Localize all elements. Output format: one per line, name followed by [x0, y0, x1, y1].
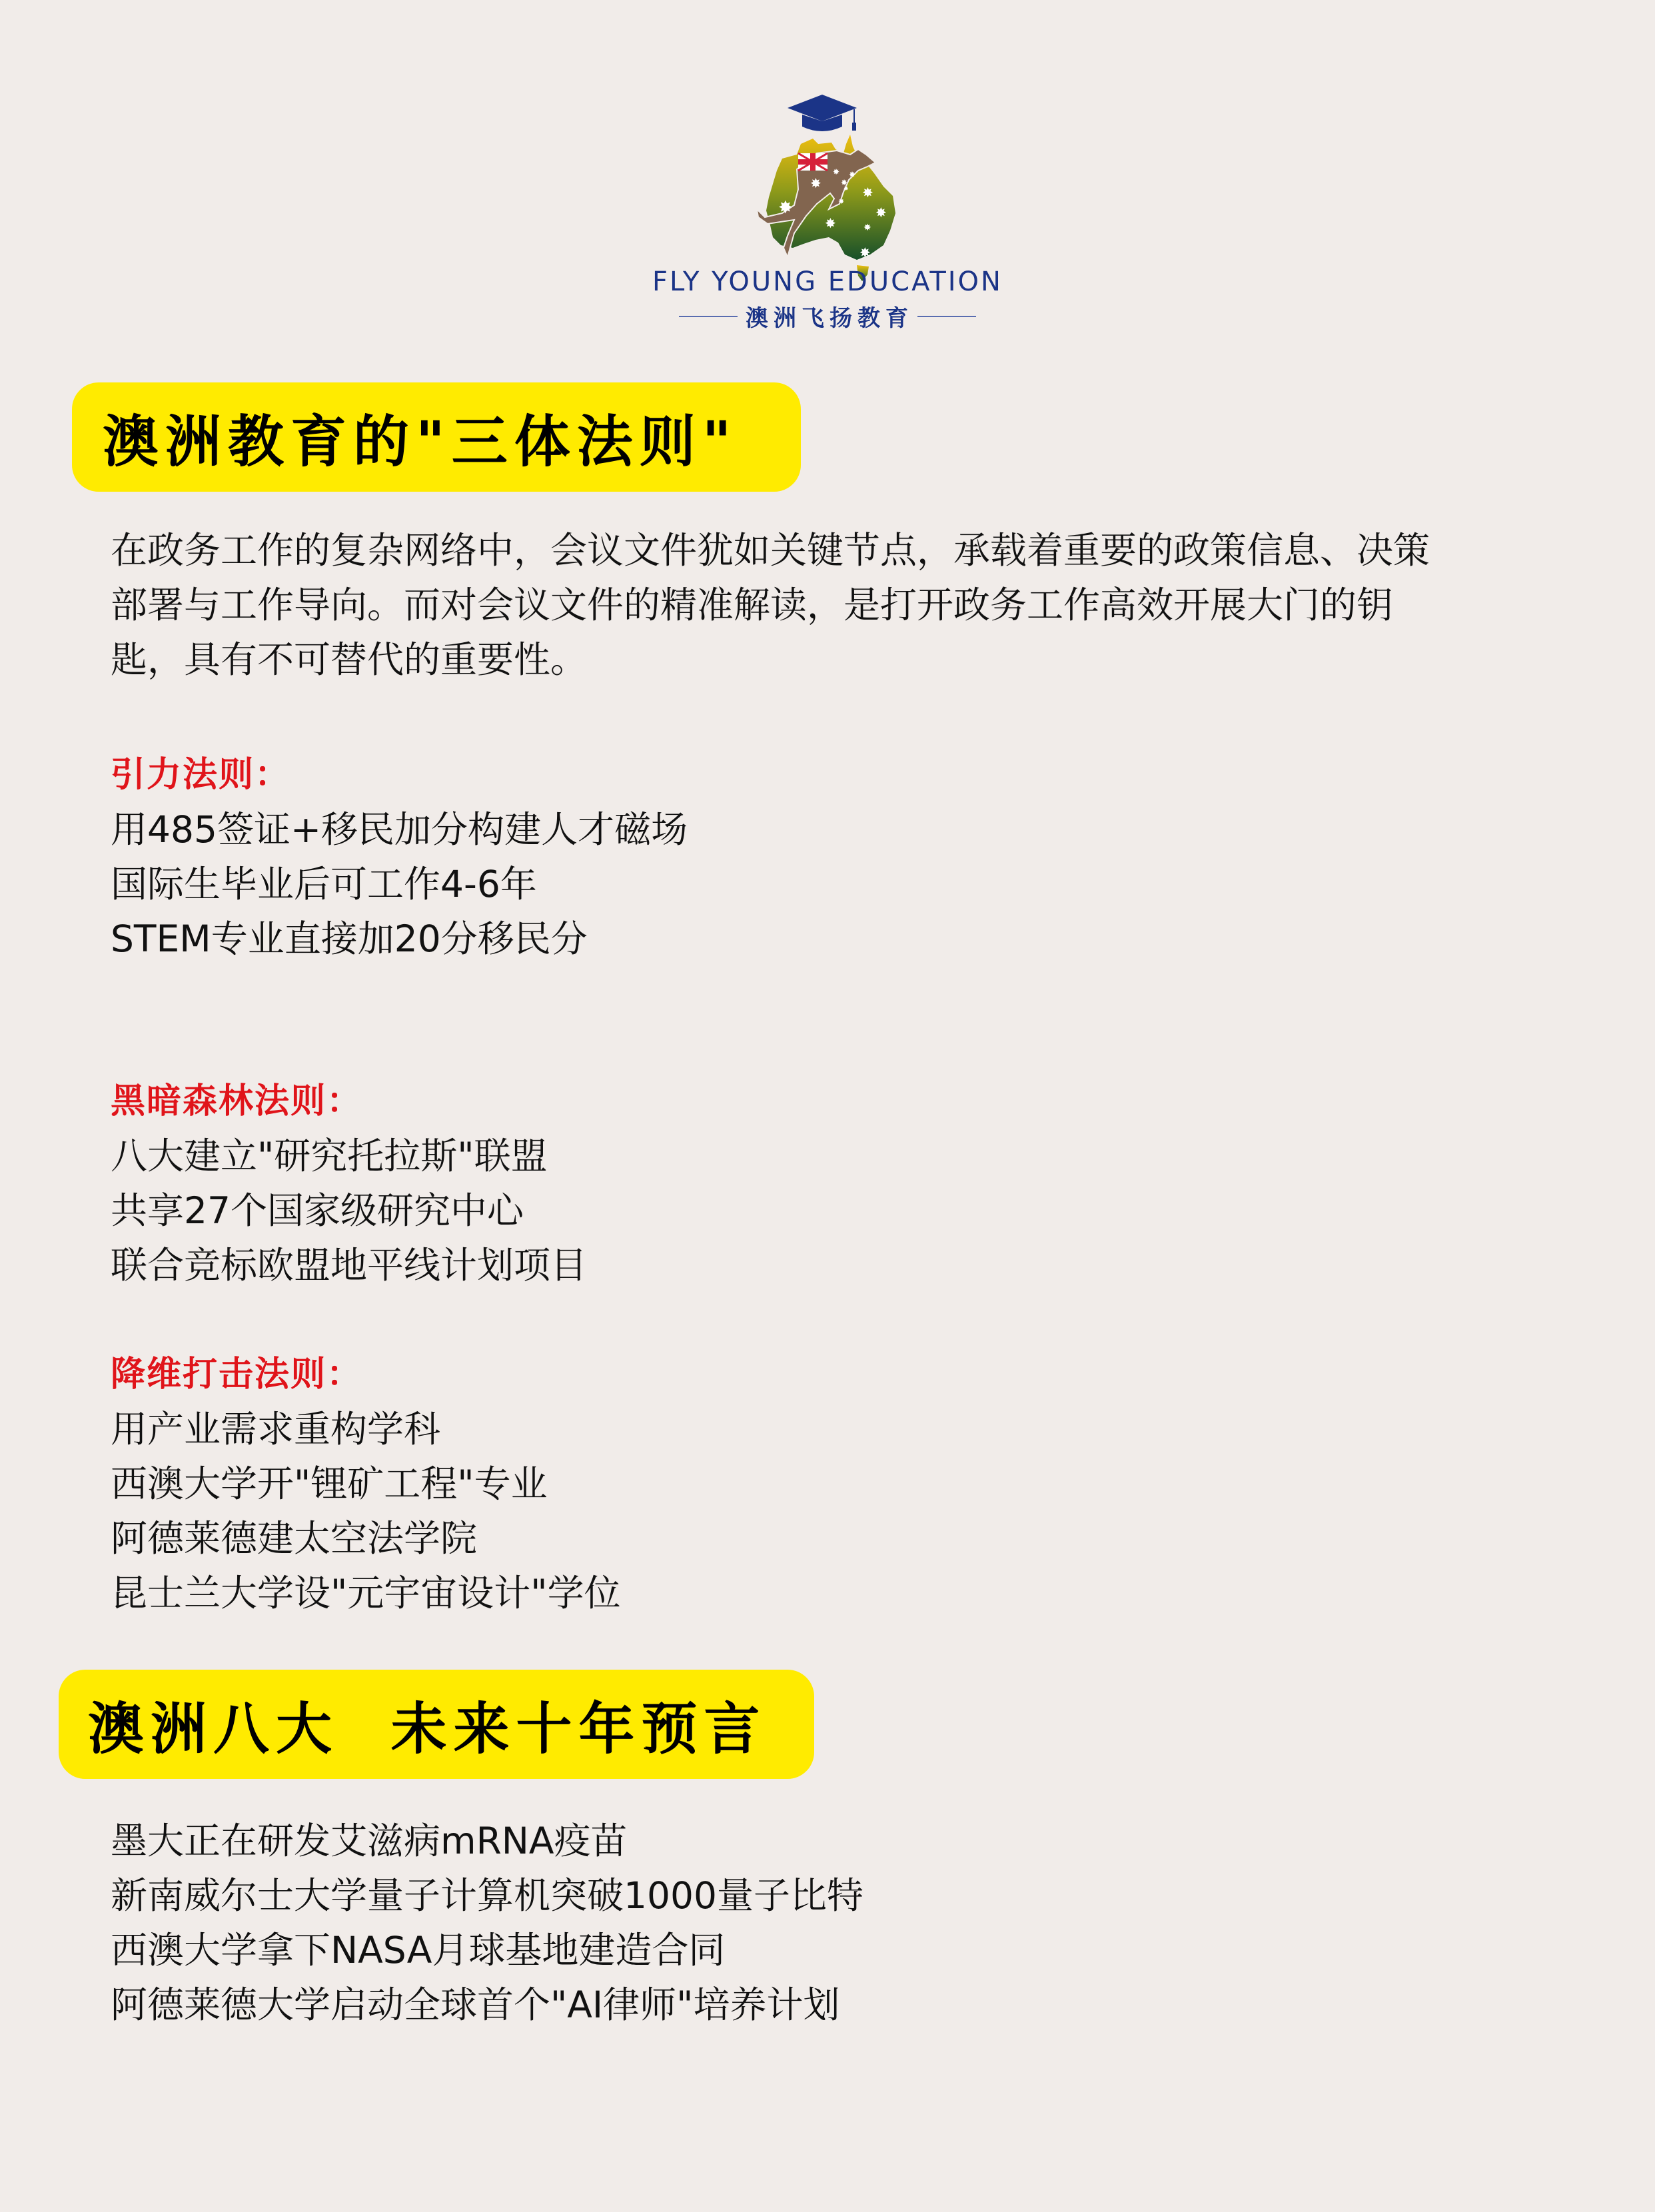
list-item: 西澳大学拿下NASA月球基地建造合同	[111, 1923, 863, 1977]
graduation-cap-icon	[788, 95, 857, 131]
list-item: 昆士兰大学设"元宇宙设计"学位	[111, 1566, 621, 1620]
intro-line: 在政务工作的复杂网络中，会议文件犹如关键节点，承载着重要的政策信息、决策	[111, 523, 1536, 578]
list-item: 用产业需求重构学科	[111, 1402, 621, 1456]
svg-text:✸: ✸	[838, 197, 844, 206]
list-item: 新南威尔士大学量子计算机突破1000量子比特	[111, 1868, 863, 1923]
section-title: 降维打击法则：	[111, 1347, 621, 1402]
list-item: 阿德莱德建太空法学院	[111, 1511, 621, 1566]
brand-name-en: FLY YOUNG EDUCATION	[0, 267, 1655, 297]
list-item: 阿德莱德大学启动全球首个"AI律师"培养计划	[111, 1977, 863, 2032]
list-item: 共享27个国家级研究中心	[111, 1183, 587, 1238]
svg-text:✸: ✸	[810, 175, 822, 191]
list-item: 用485签证+移民加分构建人才磁场	[111, 802, 688, 857]
section-dimensional-strike-rule: 降维打击法则： 用产业需求重构学科 西澳大学开"锂矿工程"专业 阿德莱德建太空法…	[111, 1347, 621, 1620]
brand-name-cn: 澳洲飞扬教育	[738, 300, 917, 332]
section-title: 引力法则：	[111, 748, 688, 802]
svg-text:✸: ✸	[778, 198, 793, 218]
list-item: 西澳大学开"锂矿工程"专业	[111, 1456, 621, 1511]
brand-logo: ✸ ✸ ✸ ✸ ✸ ✸ ✸ ✸ ✸ ✸ ✸ ✸ FLY YOUNG EDUCAT…	[0, 67, 1655, 333]
union-jack-icon	[798, 153, 827, 171]
section-gravity-rule: 引力法则： 用485签证+移民加分构建人才磁场 国际生毕业后可工作4-6年 ST…	[111, 748, 688, 966]
svg-text:✸: ✸	[825, 215, 836, 231]
svg-text:✸: ✸	[863, 223, 871, 233]
intro-paragraph: 在政务工作的复杂网络中，会议文件犹如关键节点，承载着重要的政策信息、决策 部署与…	[111, 523, 1536, 687]
heading-text: 澳洲教育的"三体法则"	[103, 397, 738, 478]
heading-badge-ten-year-prophecy: 澳洲八大 未来十年预言	[59, 1670, 814, 1779]
svg-text:✸: ✸	[843, 186, 849, 193]
divider-line-right	[917, 316, 976, 317]
list-item: 墨大正在研发艾滋病mRNA疫苗	[111, 1814, 863, 1868]
list-item: 八大建立"研究托拉斯"联盟	[111, 1129, 587, 1183]
divider-line-left	[679, 316, 738, 317]
svg-text:✸: ✸	[862, 185, 873, 201]
prophecy-list: 墨大正在研发艾滋病mRNA疫苗 新南威尔士大学量子计算机突破1000量子比特 西…	[111, 1814, 863, 2032]
intro-line: 部署与工作导向。而对会议文件的精准解读，是打开政务工作高效开展大门的钥	[111, 578, 1536, 632]
heading-text: 澳洲八大 未来十年预言	[88, 1684, 767, 1765]
list-item: 联合竞标欧盟地平线计划项目	[111, 1238, 587, 1293]
svg-text:✸: ✸	[875, 205, 887, 221]
svg-text:✸: ✸	[833, 167, 839, 177]
section-dark-forest-rule: 黑暗森林法则： 八大建立"研究托拉斯"联盟 共享27个国家级研究中心 联合竞标欧…	[111, 1074, 587, 1293]
intro-line: 匙，具有不可替代的重要性。	[111, 632, 1536, 687]
list-item: STEM专业直接加20分移民分	[111, 911, 688, 966]
svg-text:✸: ✸	[849, 170, 855, 179]
brand-name-cn-row: 澳洲飞扬教育	[0, 300, 1655, 332]
section-title: 黑暗森林法则：	[111, 1074, 587, 1129]
svg-text:✸: ✸	[859, 245, 871, 261]
list-item: 国际生毕业后可工作4-6年	[111, 857, 688, 911]
heading-badge-three-body-rules: 澳洲教育的"三体法则"	[72, 382, 801, 492]
